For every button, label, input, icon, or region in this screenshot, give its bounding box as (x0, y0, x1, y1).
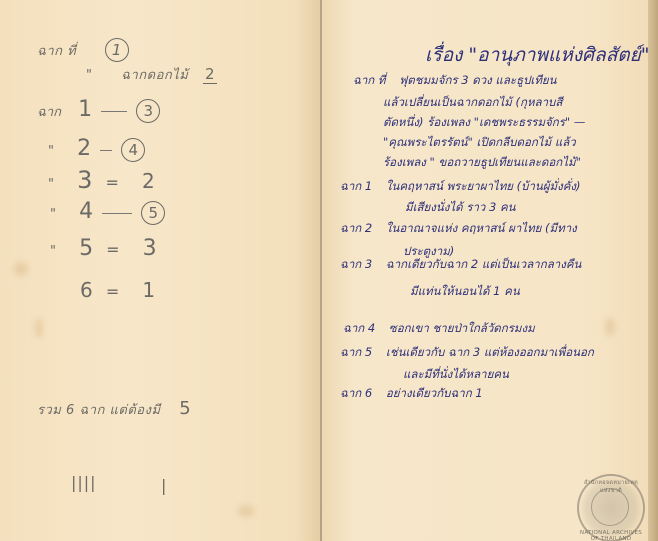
entry-text: ฟุตชมมจักร 3 ดวง และธูปเทียน (399, 73, 556, 87)
scene-row-4: " 3 = 2 (48, 166, 155, 194)
scene-number: 6 (80, 278, 93, 302)
entry-text: เช่นเดียวกับ ฉาก 3 แต่ห้องออกมาเพื่อนอก (386, 345, 594, 359)
ditto-mark: " (50, 244, 56, 259)
entry-line: ฉาก 5 เช่นเดียวกับ ฉาก 3 แต่ห้องออกมาเพื… (340, 344, 594, 362)
entry-label: ฉาก 3 (340, 257, 372, 271)
entry-line: ฉาก 6 อย่างเดียวกับฉาก 1 (340, 385, 483, 403)
entry-line: มีแท่นให้นอนได้ 1 คน (410, 283, 520, 301)
paper-stain (35, 318, 43, 338)
seal-bottom-text: NATIONAL ARCHIVES OF THAILAND (579, 530, 643, 541)
tally-marks-right: | (161, 476, 166, 495)
scene-row-5: " 4 5 (50, 199, 165, 225)
result-number: 1 (142, 278, 155, 302)
circled-number: 3 (136, 99, 160, 123)
entry-line: แล้วเปลี่ยนเป็นฉากดอกไม้ (กุหลาบสี (383, 94, 562, 112)
entry-line: ร้องเพลง " ขอถวายธูปเทียนและดอกไม้" (383, 154, 581, 172)
entry-label: ฉาก 1 (340, 179, 372, 193)
entry-line: ฉาก ที่ ฟุตชมมจักร 3 ดวง และธูปเทียน (353, 72, 557, 90)
circled-number: 4 (121, 138, 145, 162)
entry-line: ฉาก 2 ในอาณาจแห่ง คฤหาสน์ ผาไทย (มีทาง (340, 220, 577, 238)
link-equals: = (105, 173, 118, 192)
entry-line: ฉาก 1 ในคฤหาสน์ พระยาผาไทย (บ้านผู้มั่งค… (340, 178, 581, 196)
scene-number: 3 (77, 166, 92, 194)
scene-row-6: " 5 = 3 (50, 236, 157, 261)
entry-line: "คุณพระไตรรัตน์" เปิดกลีบดอกไม้ แล้ว (383, 134, 576, 152)
link-dash (102, 213, 132, 214)
tally-marks-left: |||| (71, 473, 97, 492)
result-number: 2 (142, 169, 155, 193)
summary-line: รวม 6 ฉาก แต่ต้องมี 5 (37, 398, 191, 420)
scene-number: 1 (78, 97, 92, 122)
entry-line: มีเสียงนั่งได้ ราว 3 คน (405, 199, 516, 217)
scene-row-1: " ฉากดอกไม้ 2 (86, 64, 217, 85)
result-number: 3 (143, 236, 157, 261)
page-edge (648, 0, 658, 541)
scene-row-7: 6 = 1 (80, 278, 155, 302)
row-label: ฉาก ที่ (37, 44, 76, 59)
underlined-number: 2 (203, 65, 217, 84)
circled-number: 1 (105, 38, 129, 62)
book-spine (320, 0, 322, 541)
circled-number: 5 (141, 201, 165, 225)
link-equals: = (106, 240, 119, 259)
entry-text: อย่างเดียวกับฉาก 1 (386, 386, 483, 400)
entry-line: ฉาก 4 ซอกเขา ชายป่าใกล้วัดกรมงม (343, 320, 535, 338)
entry-label: ฉาก 2 (340, 221, 372, 235)
entry-label: ฉาก ที่ (353, 73, 386, 87)
seal-top-text: สำนักหอจดหมายเหตุแห่งชาติ (579, 479, 643, 495)
link-equals: = (106, 282, 119, 301)
scene-row-2: ฉาก 1 3 (37, 97, 160, 123)
page-title: เรื่อง "อานุภาพแห่งศิลสัตย์" (425, 40, 650, 70)
row-sublabel: ฉากดอกไม้ (121, 68, 188, 83)
scene-number: 4 (79, 199, 93, 224)
entry-line: และมีที่นั่งได้หลายคน (403, 366, 509, 384)
scene-number: 2 (77, 136, 91, 161)
entry-text: ซอกเขา ชายป่าใกล้วัดกรมงม (389, 321, 535, 335)
entry-label: ฉาก 4 (343, 321, 375, 335)
paper-stain (605, 318, 615, 336)
ditto-mark: " (48, 144, 54, 159)
paper-stain (238, 505, 254, 517)
entry-label: ฉาก 5 (340, 345, 372, 359)
link-dash (101, 111, 127, 112)
ditto-mark: " (48, 177, 54, 192)
ditto-mark: " (86, 68, 92, 83)
national-archives-seal-icon: สำนักหอจดหมายเหตุแห่งชาติ NATIONAL ARCHI… (577, 474, 645, 541)
entry-line: ฉาก 3 ฉากเดียวกับฉาก 2 แต่เป็นเวลากลางคื… (340, 256, 581, 274)
scene-number: 5 (79, 236, 93, 261)
entry-text: ในอาณาจแห่ง คฤหาสน์ ผาไทย (มีทาง (386, 221, 577, 235)
paper-stain (14, 262, 28, 276)
manuscript-spread: ฉาก ที่ 1 " ฉากดอกไม้ 2 ฉาก 1 3 " 2 4 " … (0, 0, 658, 541)
ditto-mark: " (50, 207, 56, 222)
link-dash (100, 150, 112, 151)
entry-text: ฉากเดียวกับฉาก 2 แต่เป็นเวลากลางคืน (386, 257, 582, 271)
scene-row-0: ฉาก ที่ 1 (37, 38, 129, 62)
scene-row-3: " 2 4 (48, 136, 145, 162)
summary-value: 5 (179, 398, 191, 419)
entry-label: ฉาก 6 (340, 386, 372, 400)
row-label: ฉาก (37, 105, 61, 120)
summary-text: รวม 6 ฉาก แต่ต้องมี (37, 403, 161, 418)
entry-text: ในคฤหาสน์ พระยาผาไทย (บ้านผู้มั่งคั่ง) (386, 179, 581, 193)
entry-line: ตัดหนึ่ง) ร้องเพลง "เดชพระธรรมจักร" — (383, 114, 585, 132)
